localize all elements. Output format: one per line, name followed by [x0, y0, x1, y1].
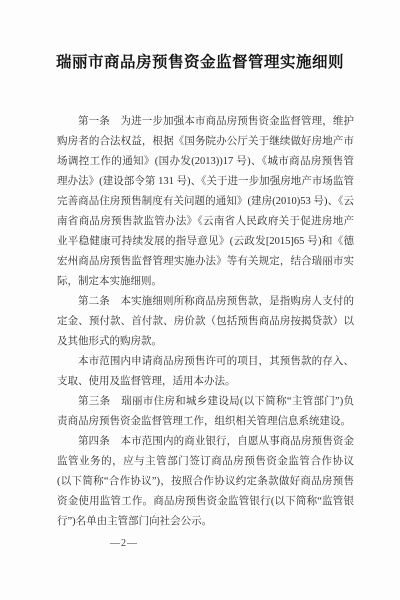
paragraph: 第四条 本市范围内的商业银行，自愿从事商品房预售资金监管业务的，应与主管部门签订… — [57, 432, 354, 532]
document-page: 瑞丽市商品房预售资金监督管理实施细则 第一条 为进一步加强本市商品房预售资金监督… — [0, 0, 400, 600]
paragraph: 本市范围内申请商品房预售许可的项目，其预售款的存入、支取、使用及监督管理，适用本… — [57, 352, 354, 392]
page-number: —2— — [110, 537, 138, 551]
paragraph: 第三条 瑞丽市住房和城乡建设局(以下简称“主管部门”)负责商品房预售资金监督管理… — [57, 392, 354, 432]
document-body: 第一条 为进一步加强本市商品房预售资金监督管理，维护购房者的合法权益，根据《国务… — [57, 112, 354, 532]
document-title: 瑞丽市商品房预售资金监督管理实施细则 — [30, 53, 370, 73]
paragraph: 第一条 为进一步加强本市商品房预售资金监督管理，维护购房者的合法权益，根据《国务… — [57, 112, 354, 292]
paragraph: 第二条 本实施细则所称商品房预售款，是指购房人支付的定金、预付款、首付款、房价款… — [57, 292, 354, 352]
